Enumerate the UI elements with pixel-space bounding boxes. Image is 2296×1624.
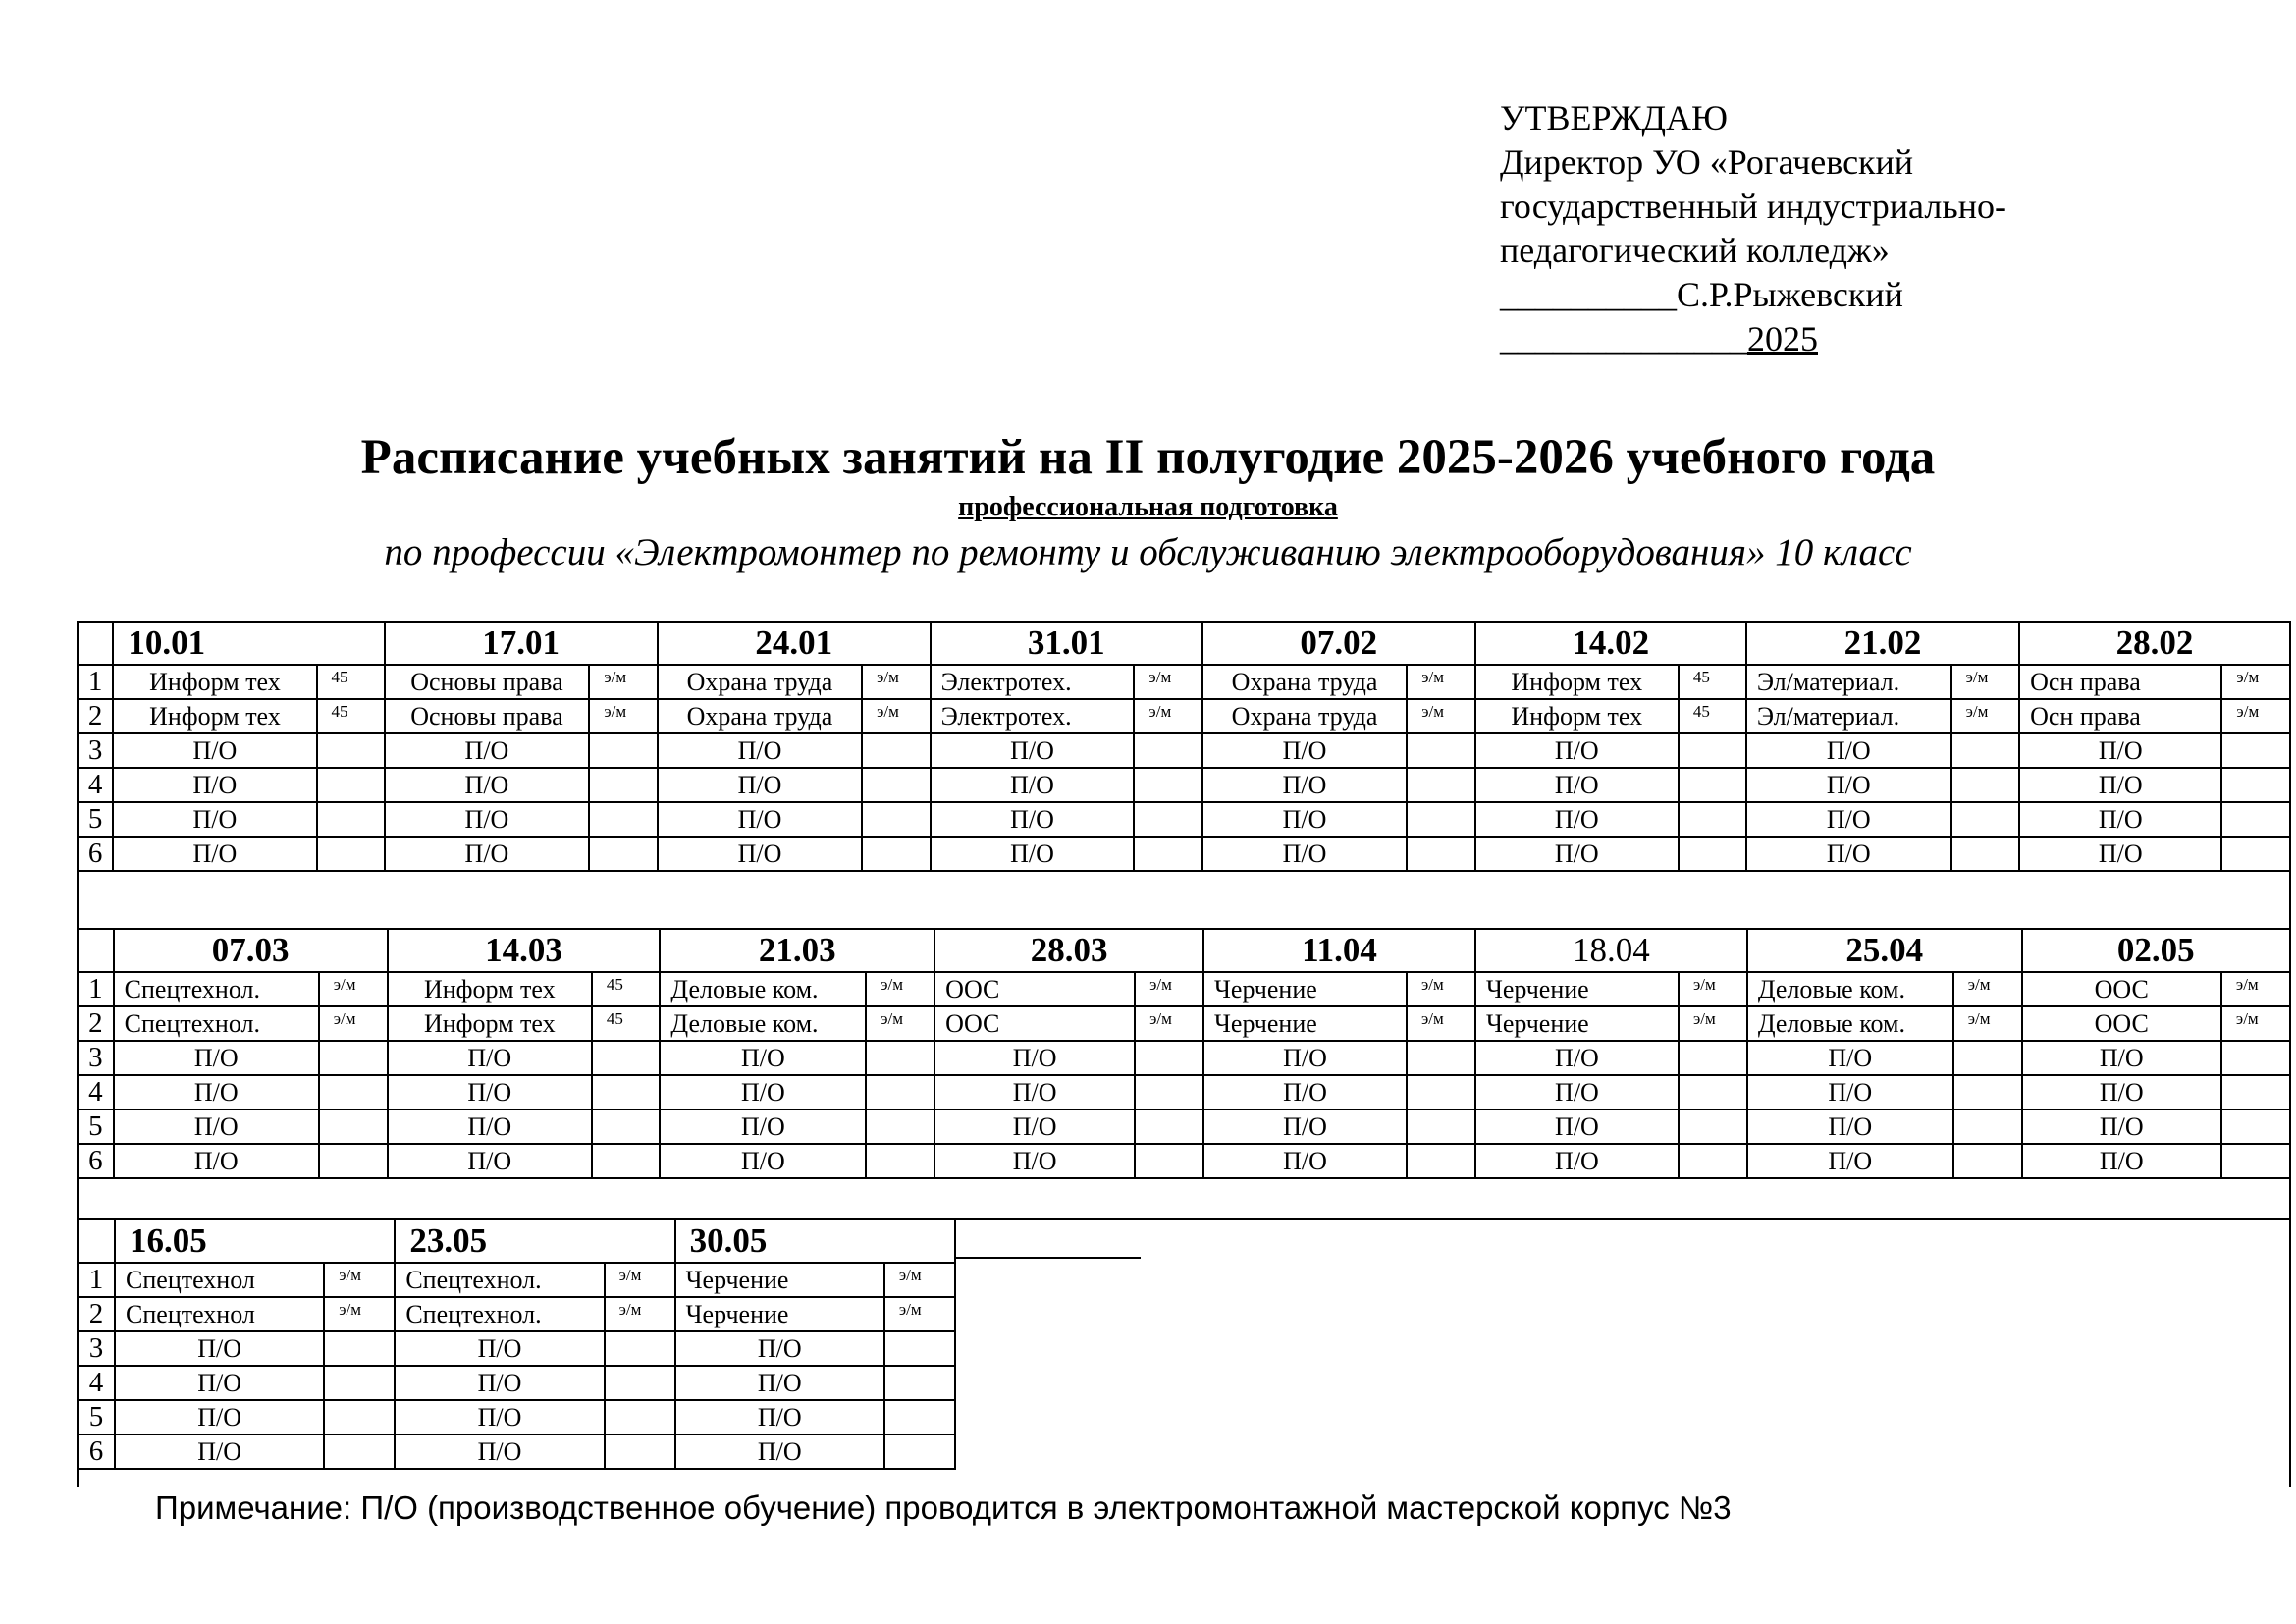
subject-cell: П/О [658, 837, 862, 871]
subject-cell: П/О [2022, 1110, 2221, 1144]
frame-divider [77, 1218, 2291, 1220]
room-mark-cell [1134, 768, 1201, 802]
subject-cell: Основы права [385, 699, 590, 733]
room-mark-cell [317, 802, 385, 837]
lesson-number: 4 [78, 768, 113, 802]
room-mark-cell [592, 1110, 661, 1144]
subject-cell: П/О [385, 802, 590, 837]
room-mark-cell: э/м [1135, 1006, 1203, 1041]
room-mark-cell: э/м [1407, 699, 1474, 733]
date-header: 07.02 [1202, 622, 1475, 665]
profession-line: по профессии «Электромонтер по ремонту и… [0, 528, 2296, 577]
date-header: 16.05 [115, 1219, 395, 1263]
room-mark-cell [592, 1075, 661, 1110]
room-mark-cell [2221, 1041, 2290, 1075]
room-mark-cell [605, 1400, 675, 1435]
date-blank: ______________ [1500, 319, 1747, 358]
lesson-number: 4 [78, 1075, 114, 1110]
subject-cell: П/О [1747, 1144, 1953, 1178]
subject-cell: П/О [1203, 1144, 1407, 1178]
subject-cell: П/О [1746, 768, 1951, 802]
room-mark-cell [317, 733, 385, 768]
room-mark-cell: э/м [1951, 665, 2019, 699]
room-mark-cell [1407, 768, 1474, 802]
lesson-number: 2 [78, 1006, 114, 1041]
room-mark-cell: э/м [589, 665, 657, 699]
room-mark-cell [324, 1435, 395, 1469]
subject-cell: П/О [660, 1075, 866, 1110]
room-mark-cell: э/м [1953, 1006, 2022, 1041]
subject-cell: П/О [1475, 802, 1679, 837]
subject-cell: П/О [934, 1075, 1135, 1110]
lesson-number: 3 [78, 1331, 115, 1366]
room-mark-cell: 45 [317, 699, 385, 733]
subject-cell: П/О [1475, 1041, 1679, 1075]
subject-cell: П/О [385, 768, 590, 802]
room-mark-cell [319, 1110, 388, 1144]
subject-cell: П/О [1475, 733, 1679, 768]
lesson-number: 6 [78, 837, 113, 871]
lesson-row: 6П/ОП/ОП/ОП/ОП/ОП/ОП/ОП/О [78, 1144, 2290, 1178]
subject-cell: П/О [660, 1041, 866, 1075]
room-mark-cell: э/м [862, 665, 930, 699]
subject-cell: П/О [658, 802, 862, 837]
subject-cell: П/О [931, 768, 1135, 802]
approval-heading: УТВЕРЖДАЮ [1500, 96, 2006, 140]
subject-cell: П/О [115, 1366, 324, 1400]
room-mark-cell: э/м [324, 1263, 395, 1297]
subject-cell: Черчение [1475, 1006, 1679, 1041]
subject-cell: Охрана труда [658, 665, 862, 699]
room-mark-cell: э/м [605, 1263, 675, 1297]
room-mark-cell [862, 768, 930, 802]
room-mark-cell [1135, 1144, 1203, 1178]
room-mark-cell [1135, 1110, 1203, 1144]
room-mark-cell [1679, 1110, 1747, 1144]
lesson-number: 2 [78, 699, 113, 733]
lesson-number: 3 [78, 1041, 114, 1075]
room-mark-cell: э/м [2221, 1006, 2290, 1041]
subject-cell: П/О [931, 802, 1135, 837]
room-mark-cell: 45 [1679, 665, 1746, 699]
table-stub-line [954, 1257, 1141, 1259]
room-mark-cell [1679, 802, 1746, 837]
subject-cell: Спецтехнол. [395, 1263, 604, 1297]
date-header: 14.03 [388, 929, 661, 972]
subject-cell: П/О [388, 1041, 592, 1075]
footnote: Примечание: П/О (производственное обучен… [155, 1488, 1732, 1529]
room-mark-cell [592, 1144, 661, 1178]
subject-cell: Черчение [1203, 972, 1407, 1006]
subject-cell: ООС [2022, 1006, 2221, 1041]
subject-cell: П/О [395, 1366, 604, 1400]
room-mark-cell [1679, 837, 1746, 871]
subject-cell: Охрана труда [1202, 665, 1407, 699]
room-mark-cell [1679, 1075, 1747, 1110]
subject-cell: П/О [931, 837, 1135, 871]
subject-cell: П/О [114, 1041, 319, 1075]
subject-cell: П/О [113, 837, 316, 871]
subject-cell: Осн права [2019, 665, 2221, 699]
room-mark-cell [884, 1331, 955, 1366]
corner-cell [78, 622, 113, 665]
room-mark-cell [1951, 802, 2019, 837]
subject-cell: Электротех. [931, 699, 1135, 733]
room-mark-cell [1407, 1144, 1475, 1178]
room-mark-cell [317, 837, 385, 871]
subject-cell: П/О [660, 1110, 866, 1144]
subject-cell: П/О [2022, 1041, 2221, 1075]
subject-cell: Электротех. [931, 665, 1135, 699]
lesson-row: 6П/ОП/ОП/ОП/ОП/ОП/ОП/ОП/О [78, 837, 2290, 871]
lesson-row: 3П/ОП/ОП/ОП/ОП/ОП/ОП/ОП/О [78, 733, 2290, 768]
page-title: Расписание учебных занятий на II полугод… [0, 428, 2296, 487]
lesson-number: 4 [78, 1366, 115, 1400]
subject-cell: П/О [1203, 1041, 1407, 1075]
subject-cell: П/О [934, 1110, 1135, 1144]
room-mark-cell [862, 802, 930, 837]
room-mark-cell [1679, 733, 1746, 768]
subject-cell: П/О [114, 1144, 319, 1178]
room-mark-cell [1407, 837, 1474, 871]
subject-cell: П/О [931, 733, 1135, 768]
signature-name: С.Р.Рыжевский [1677, 275, 1903, 314]
subject-cell: П/О [658, 733, 862, 768]
date-header: 28.03 [934, 929, 1203, 972]
room-mark-cell [2221, 768, 2290, 802]
lesson-number: 1 [78, 665, 113, 699]
date-header: 23.05 [395, 1219, 674, 1263]
lesson-row: 4П/ОП/ОП/ОП/ОП/ОП/ОП/ОП/О [78, 768, 2290, 802]
subject-cell: П/О [2019, 802, 2221, 837]
date-header: 02.05 [2022, 929, 2290, 972]
room-mark-cell [1951, 768, 2019, 802]
subject-cell: Деловые ком. [1747, 1006, 1953, 1041]
room-mark-cell [2221, 802, 2290, 837]
approval-org-line: государственный индустриально- [1500, 185, 2006, 229]
room-mark-cell [1407, 1110, 1475, 1144]
subject-cell: П/О [1475, 768, 1679, 802]
room-mark-cell [319, 1075, 388, 1110]
room-mark-cell [862, 733, 930, 768]
date-header: 07.03 [114, 929, 388, 972]
lesson-row: 4П/ОП/ОП/О [78, 1366, 955, 1400]
subject-cell: П/О [1202, 837, 1407, 871]
lesson-number: 5 [78, 1400, 115, 1435]
subject-cell: Черчение [1203, 1006, 1407, 1041]
date-header: 21.03 [660, 929, 934, 972]
subject-cell: П/О [115, 1400, 324, 1435]
room-mark-cell [866, 1041, 934, 1075]
room-mark-cell: э/м [1135, 972, 1203, 1006]
room-mark-cell: э/м [1679, 972, 1747, 1006]
room-mark-cell: э/м [1407, 972, 1475, 1006]
subject-cell: ООС [2022, 972, 2221, 1006]
room-mark-cell: э/м [1134, 665, 1201, 699]
lesson-number: 1 [78, 972, 114, 1006]
signature-blank: __________ [1500, 275, 1677, 314]
lesson-row: 1Спецтехнолэ/мСпецтехнол.э/мЧерчениеэ/м [78, 1263, 955, 1297]
room-mark-cell [589, 733, 657, 768]
room-mark-cell [605, 1366, 675, 1400]
room-mark-cell [605, 1331, 675, 1366]
room-mark-cell: э/м [605, 1297, 675, 1331]
room-mark-cell [324, 1331, 395, 1366]
lesson-number: 3 [78, 733, 113, 768]
approval-block: УТВЕРЖДАЮ Директор УО «Рогачевский госуд… [1500, 96, 2006, 361]
subject-cell: Деловые ком. [1747, 972, 1953, 1006]
schedule-block-3: 16.0523.0530.051Спецтехнолэ/мСпецтехнол.… [77, 1218, 956, 1470]
room-mark-cell: э/м [1953, 972, 2022, 1006]
room-mark-cell: э/м [1134, 699, 1201, 733]
room-mark-cell: э/м [2221, 665, 2290, 699]
subject-cell: Информ тех [113, 699, 316, 733]
subject-cell: Осн права [2019, 699, 2221, 733]
room-mark-cell: 45 [592, 972, 661, 1006]
subject-cell: П/О [660, 1144, 866, 1178]
room-mark-cell [605, 1435, 675, 1469]
subject-cell: Деловые ком. [660, 1006, 866, 1041]
room-mark-cell: э/м [324, 1297, 395, 1331]
subject-cell: П/О [1746, 802, 1951, 837]
room-mark-cell [2221, 1110, 2290, 1144]
subject-cell: П/О [2019, 733, 2221, 768]
subject-cell: П/О [1202, 768, 1407, 802]
subject-cell: П/О [388, 1110, 592, 1144]
lesson-row: 5П/ОП/ОП/О [78, 1400, 955, 1435]
room-mark-cell: э/м [589, 699, 657, 733]
lesson-row: 3П/ОП/ОП/ОП/ОП/ОП/ОП/ОП/О [78, 1041, 2290, 1075]
date-header: 11.04 [1203, 929, 1475, 972]
subject-cell: П/О [675, 1366, 884, 1400]
room-mark-cell [592, 1041, 661, 1075]
date-header: 30.05 [675, 1219, 955, 1263]
lesson-row: 6П/ОП/ОП/О [78, 1435, 955, 1469]
subject-cell: П/О [395, 1331, 604, 1366]
approval-org-line: педагогический колледж» [1500, 229, 2006, 273]
approval-position: Директор УО «Рогачевский [1500, 140, 2006, 185]
lesson-row: 5П/ОП/ОП/ОП/ОП/ОП/ОП/ОП/О [78, 1110, 2290, 1144]
lesson-row: 4П/ОП/ОП/ОП/ОП/ОП/ОП/ОП/О [78, 1075, 2290, 1110]
room-mark-cell [1953, 1110, 2022, 1144]
date-header: 25.04 [1747, 929, 2022, 972]
room-mark-cell: э/м [319, 1006, 388, 1041]
subject-cell: П/О [1202, 733, 1407, 768]
subject-cell: ООС [934, 972, 1135, 1006]
room-mark-cell: э/м [1407, 1006, 1475, 1041]
subject-cell: П/О [1746, 733, 1951, 768]
room-mark-cell [1679, 1144, 1747, 1178]
room-mark-cell [884, 1435, 955, 1469]
page-subtitle: профессиональная подготовка [0, 491, 2296, 524]
subject-cell: Информ тех [1475, 665, 1679, 699]
room-mark-cell: э/м [884, 1263, 955, 1297]
subject-cell: Эл/материал. [1746, 699, 1951, 733]
subject-cell: П/О [113, 802, 316, 837]
subject-cell: П/О [115, 1435, 324, 1469]
room-mark-cell: э/м [319, 972, 388, 1006]
subject-cell: П/О [388, 1144, 592, 1178]
room-mark-cell [1407, 733, 1474, 768]
subject-cell: П/О [1747, 1075, 1953, 1110]
subject-cell: П/О [1203, 1075, 1407, 1110]
subject-cell: Спецтехнол. [114, 972, 319, 1006]
room-mark-cell [1134, 837, 1201, 871]
subject-cell: П/О [114, 1075, 319, 1110]
room-mark-cell [1407, 1041, 1475, 1075]
room-mark-cell [862, 837, 930, 871]
subject-cell: П/О [388, 1075, 592, 1110]
lesson-number: 2 [78, 1297, 115, 1331]
room-mark-cell: э/м [2221, 972, 2290, 1006]
lesson-number: 5 [78, 1110, 114, 1144]
room-mark-cell [1953, 1075, 2022, 1110]
subject-cell: П/О [385, 733, 590, 768]
date-header: 31.01 [931, 622, 1202, 665]
subject-cell: П/О [115, 1331, 324, 1366]
subject-cell: П/О [113, 768, 316, 802]
subject-cell: П/О [1747, 1041, 1953, 1075]
room-mark-cell: э/м [1407, 665, 1474, 699]
schedule-block-2: 07.0314.0321.0328.0311.0418.0425.0402.05… [77, 928, 2291, 1179]
room-mark-cell [884, 1366, 955, 1400]
room-mark-cell [1135, 1041, 1203, 1075]
room-mark-cell: э/м [884, 1297, 955, 1331]
room-mark-cell [319, 1144, 388, 1178]
room-mark-cell [1135, 1075, 1203, 1110]
subject-cell: Спецтехнол. [114, 1006, 319, 1041]
room-mark-cell [2221, 1075, 2290, 1110]
subject-cell: П/О [1202, 802, 1407, 837]
lesson-number: 5 [78, 802, 113, 837]
subject-cell: Охрана труда [1202, 699, 1407, 733]
room-mark-cell [324, 1366, 395, 1400]
lesson-row: 2Спецтехнол.э/мИнформ тех45Деловые ком.э… [78, 1006, 2290, 1041]
room-mark-cell [589, 802, 657, 837]
subject-cell: П/О [113, 733, 316, 768]
lesson-row: 2Информ тех45Основы праваэ/мОхрана труда… [78, 699, 2290, 733]
room-mark-cell [1134, 802, 1201, 837]
subject-cell: Спецтехнол [115, 1263, 324, 1297]
lesson-row: 1Информ тех45Основы праваэ/мОхрана труда… [78, 665, 2290, 699]
room-mark-cell [1951, 733, 2019, 768]
lesson-row: 2Спецтехнолэ/мСпецтехнол.э/мЧерчениеэ/м [78, 1297, 955, 1331]
subject-cell: Спецтехнол. [395, 1297, 604, 1331]
lesson-number: 1 [78, 1263, 115, 1297]
room-mark-cell [866, 1075, 934, 1110]
subject-cell: П/О [395, 1400, 604, 1435]
schedule-block-1: 10.0117.0124.0131.0107.0214.0221.0228.02… [77, 621, 2291, 872]
subject-cell: Спецтехнол [115, 1297, 324, 1331]
date-header: 24.01 [658, 622, 931, 665]
room-mark-cell [1953, 1144, 2022, 1178]
date-header: 17.01 [385, 622, 658, 665]
date-header: 10.01 [113, 622, 384, 665]
subject-cell: П/О [1747, 1110, 1953, 1144]
subject-cell: ООС [934, 1006, 1135, 1041]
subject-cell: Деловые ком. [660, 972, 866, 1006]
room-mark-cell [1951, 837, 2019, 871]
room-mark-cell: э/м [1679, 1006, 1747, 1041]
lesson-number: 6 [78, 1435, 115, 1469]
subject-cell: Информ тех [388, 1006, 592, 1041]
subject-cell: П/О [1746, 837, 1951, 871]
room-mark-cell: э/м [866, 1006, 934, 1041]
subject-cell: П/О [934, 1041, 1135, 1075]
room-mark-cell [2221, 1144, 2290, 1178]
date-header: 28.02 [2019, 622, 2290, 665]
lesson-number: 6 [78, 1144, 114, 1178]
room-mark-cell [324, 1400, 395, 1435]
lesson-row: 3П/ОП/ОП/О [78, 1331, 955, 1366]
lesson-row: 5П/ОП/ОП/ОП/ОП/ОП/ОП/ОП/О [78, 802, 2290, 837]
subject-cell: П/О [2019, 768, 2221, 802]
date-header: 21.02 [1746, 622, 2019, 665]
subject-cell: П/О [1475, 1144, 1679, 1178]
subject-cell: Черчение [1475, 972, 1679, 1006]
subject-cell: П/О [675, 1331, 884, 1366]
subject-cell: П/О [1203, 1110, 1407, 1144]
room-mark-cell: э/м [862, 699, 930, 733]
subject-cell: П/О [395, 1435, 604, 1469]
corner-cell [78, 929, 114, 972]
subject-cell: П/О [1475, 1075, 1679, 1110]
room-mark-cell [1407, 1075, 1475, 1110]
room-mark-cell [1679, 1041, 1747, 1075]
subject-cell: П/О [1475, 837, 1679, 871]
subject-cell: Информ тех [388, 972, 592, 1006]
subject-cell: П/О [675, 1435, 884, 1469]
room-mark-cell [1953, 1041, 2022, 1075]
subject-cell: П/О [114, 1110, 319, 1144]
room-mark-cell [866, 1110, 934, 1144]
subject-cell: Охрана труда [658, 699, 862, 733]
corner-cell [78, 1219, 115, 1263]
subject-cell: Информ тех [1475, 699, 1679, 733]
room-mark-cell [1134, 733, 1201, 768]
room-mark-cell [317, 768, 385, 802]
room-mark-cell [1679, 768, 1746, 802]
room-mark-cell [1407, 802, 1474, 837]
subject-cell: П/О [2022, 1144, 2221, 1178]
subject-cell: Черчение [675, 1263, 884, 1297]
room-mark-cell: 45 [317, 665, 385, 699]
subject-cell: П/О [2019, 837, 2221, 871]
room-mark-cell: 45 [1679, 699, 1746, 733]
subject-cell: Черчение [675, 1297, 884, 1331]
room-mark-cell: э/м [2221, 699, 2290, 733]
subject-cell: Эл/материал. [1746, 665, 1951, 699]
room-mark-cell [319, 1041, 388, 1075]
room-mark-cell: э/м [866, 972, 934, 1006]
approval-signature: __________С.Р.Рыжевский [1500, 273, 2006, 317]
subject-cell: П/О [658, 768, 862, 802]
room-mark-cell [2221, 733, 2290, 768]
subject-cell: Основы права [385, 665, 590, 699]
room-mark-cell: э/м [1951, 699, 2019, 733]
date-header: 14.02 [1475, 622, 1746, 665]
subject-cell: П/О [1475, 1110, 1679, 1144]
room-mark-cell: 45 [592, 1006, 661, 1041]
subject-cell: Информ тех [113, 665, 316, 699]
date-header: 18.04 [1475, 929, 1747, 972]
room-mark-cell [589, 768, 657, 802]
subject-cell: П/О [675, 1400, 884, 1435]
date-year: 2025 [1747, 319, 1818, 358]
subject-cell: П/О [385, 837, 590, 871]
room-mark-cell [884, 1400, 955, 1435]
approval-date: ______________2025 [1500, 317, 2006, 361]
